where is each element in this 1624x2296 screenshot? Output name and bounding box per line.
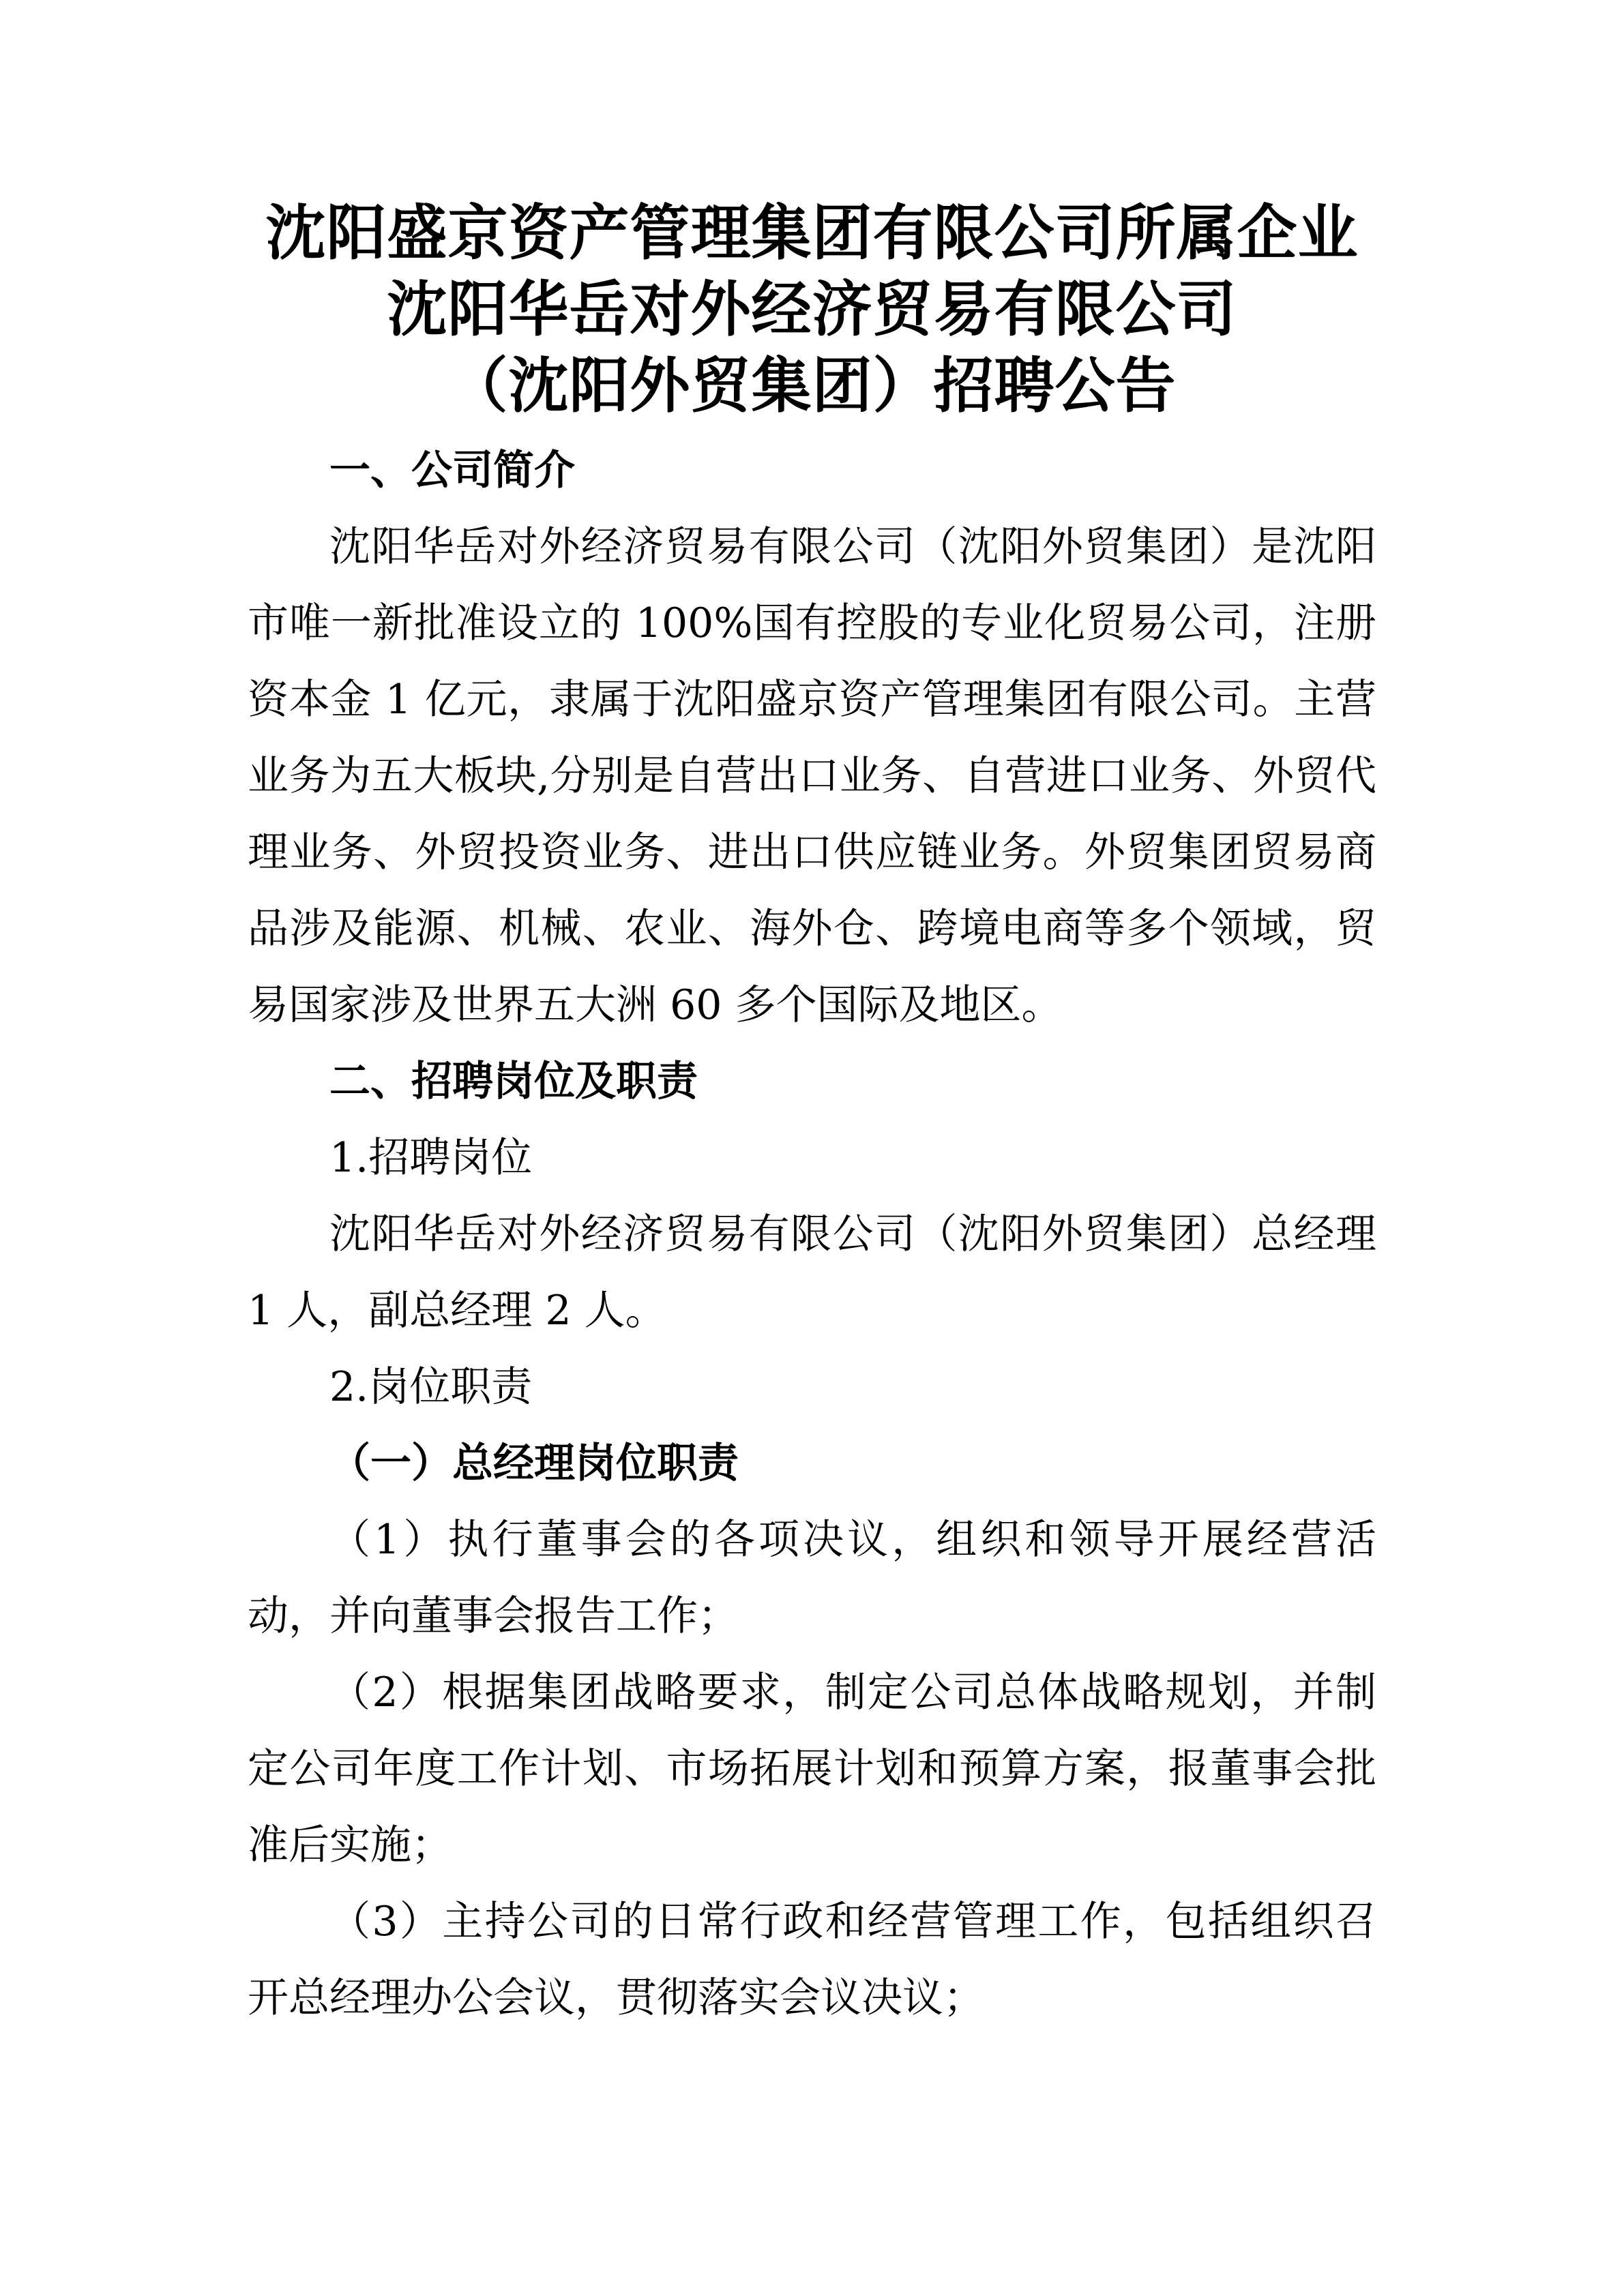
document-page: 沈阳盛京资产管理集团有限公司所属企业 沈阳华岳对外经济贸易有限公司 （沈阳外贸集… [0,0,1624,2296]
section-2-heading: 二、招聘岗位及职责 [248,1043,1376,1120]
recruit-position-paragraph: 沈阳华岳对外经济贸易有限公司（沈阳外贸集团）总经理 1 人，副总经理 2 人。 [248,1196,1376,1349]
document-title: 沈阳盛京资产管理集团有限公司所属企业 沈阳华岳对外经济贸易有限公司 （沈阳外贸集… [248,194,1376,423]
title-line-1: 沈阳盛京资产管理集团有限公司所属企业 [248,194,1376,271]
gm-duties-subheading: （一）总经理岗位职责 [248,1425,1376,1502]
section-1-heading: 一、公司简介 [248,432,1376,509]
company-intro-paragraph: 沈阳华岳对外经济贸易有限公司（沈阳外贸集团）是沈阳市唯一新批准设立的 100%国… [248,509,1376,1043]
gm-duty-item-2: （2）根据集团战略要求，制定公司总体战略规划，并制定公司年度工作计划、市场拓展计… [248,1654,1376,1883]
gm-duty-item-3: （3）主持公司的日常行政和经营管理工作，包括组织召开总经理办公会议，贯彻落实会议… [248,1883,1376,2036]
recruit-position-label: 1.招聘岗位 [248,1120,1376,1196]
gm-duty-item-1: （1）执行董事会的各项决议，组织和领导开展经营活动，并向董事会报告工作； [248,1502,1376,1654]
title-line-3: （沈阳外贸集团）招聘公告 [248,347,1376,423]
title-line-2: 沈阳华岳对外经济贸易有限公司 [248,271,1376,347]
position-duty-label: 2.岗位职责 [248,1349,1376,1425]
